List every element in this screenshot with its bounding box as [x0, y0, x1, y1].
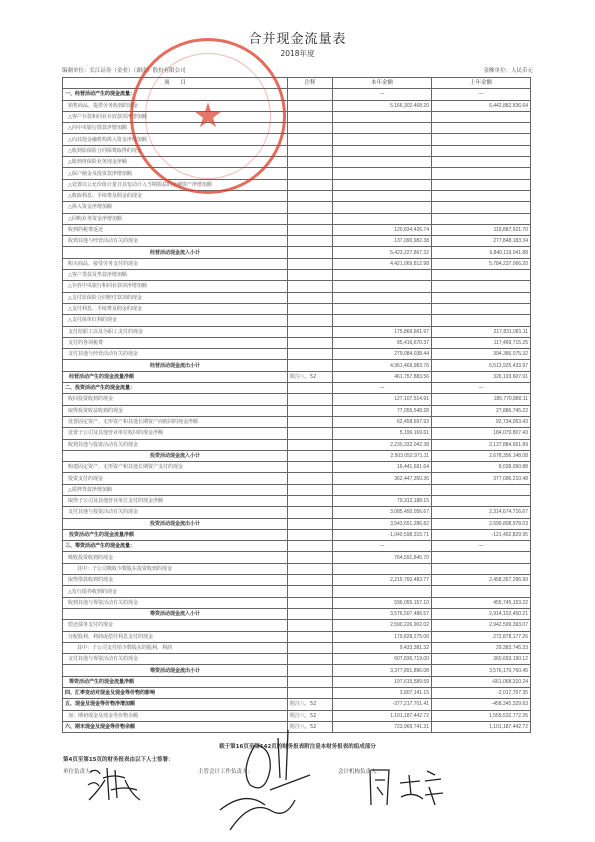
row-note — [288, 292, 333, 303]
row-current-year-amount — [333, 157, 432, 168]
table-row: 吸收投资收到的现金764,591,845.70 — [63, 552, 531, 563]
row-current-year-amount: 179,828,275.06 — [333, 631, 432, 642]
row-note — [288, 258, 333, 269]
row-prior-year-amount — [432, 563, 531, 574]
table-row: △拆入资金净增加额 — [63, 202, 531, 213]
row-prior-year-amount: 184,079,807.43 — [432, 428, 531, 439]
row-note — [288, 541, 333, 552]
row-current-year-amount — [333, 270, 432, 281]
row-note: 附注八、52 — [288, 699, 333, 710]
row-prior-year-amount: 6,442,882,836.64 — [432, 100, 531, 111]
row-current-year-amount: 4,961,469,983.76 — [333, 360, 432, 371]
row-current-year-amount: 5,199,169.61 — [333, 428, 432, 439]
table-row: 投资活动现金流入小计2,503,052,971.112,678,356,148.… — [63, 450, 531, 461]
row-current-year-amount — [333, 563, 432, 574]
row-prior-year-amount: 2,699,808,978.03 — [432, 518, 531, 529]
row-note — [288, 552, 333, 563]
row-prior-year-amount — [432, 145, 531, 156]
row-prior-year-amount — [432, 495, 531, 506]
row-current-year-amount: 79,312,188.15 — [333, 495, 432, 506]
row-note — [288, 168, 333, 179]
row-note — [288, 89, 333, 100]
row-current-year-amount — [333, 190, 432, 201]
row-current-year-amount: 3,377,891,896.08 — [333, 665, 432, 676]
row-prior-year-amount: 1,101,187,442.72 — [432, 721, 531, 732]
row-note — [288, 202, 333, 213]
row-current-year-amount: 3,085,450,056.67 — [333, 507, 432, 518]
signatory-legal-rep-label: 单位负责人： — [63, 767, 96, 775]
row-item-label: 其中：子公司支付给少数股东的股利、利润 — [63, 642, 288, 653]
row-prior-year-amount — [432, 303, 531, 314]
row-note: 附注八、52 — [288, 721, 333, 732]
table-row: 收到的税费返还120,834,426.74119,887,921.70 — [63, 224, 531, 235]
row-prior-year-amount — [432, 552, 531, 563]
row-item-label: △发行债券收到的现金 — [63, 586, 288, 597]
row-note — [288, 326, 333, 337]
row-prior-year-amount: 6,840,119,041.88 — [432, 247, 531, 258]
row-current-year-amount — [333, 292, 432, 303]
row-item-label: 支付其他与筹资活动有关的现金 — [63, 654, 288, 665]
table-row: 处置子公司及其他营业单位收回的现金净额5,199,169.61184,079,8… — [63, 428, 531, 439]
row-current-year-amount — [333, 484, 432, 495]
row-item-label: 处置固定资产、无形资产和其他长期资产而收回的现金净额 — [63, 416, 288, 427]
row-current-year-amount — [333, 315, 432, 326]
table-row: 一、经营活动产生的现金流量：—— — [63, 89, 531, 100]
table-row: △收到再保险业务现金净额 — [63, 157, 531, 168]
table-row: △支付原保险合同赔付款项的现金 — [63, 292, 531, 303]
row-item-label: 投资支付的现金 — [63, 473, 288, 484]
row-item-label: 经营活动现金流入小计 — [63, 247, 288, 258]
row-item-label: 四、汇率变动对现金及现金等价物的影响 — [63, 688, 288, 699]
row-item-label: 取得投资收益收到的现金 — [63, 405, 288, 416]
table-row: 二、投资活动产生的现金流量：—— — [63, 383, 531, 394]
currency-unit: 金额单位：人民币元 — [483, 66, 533, 74]
row-item-label: 其中：子公司吸收少数股东投资收到的现金 — [63, 563, 288, 574]
row-note — [288, 676, 333, 687]
row-item-label: 五、现金及现金等价物净增加额 — [63, 699, 288, 710]
table-row: 销售商品、提供劳务收到的现金5,166,302,468.206,442,882,… — [63, 100, 531, 111]
row-item-label: 处置子公司及其他营业单位收回的现金净额 — [63, 428, 288, 439]
row-item-label: △质押贷款净增加额 — [63, 484, 288, 495]
row-note — [288, 495, 333, 506]
table-row: 其中：子公司支付给少数股东的股利、利润9,433,381.3229,383,74… — [63, 642, 531, 653]
row-item-label: 支付的各项税费 — [63, 337, 288, 348]
row-prior-year-amount: 1,559,532,772.35 — [432, 710, 531, 721]
row-note — [288, 428, 333, 439]
row-prior-year-amount: — — [432, 89, 531, 100]
row-note — [288, 439, 333, 450]
row-prior-year-amount — [432, 292, 531, 303]
row-prior-year-amount — [432, 586, 531, 597]
table-row: 取得借款收到的现金2,215,760,483.772,458,357,296.9… — [63, 575, 531, 586]
row-prior-year-amount — [432, 315, 531, 326]
row-current-year-amount: 120,834,426.74 — [333, 224, 432, 235]
row-current-year-amount — [333, 303, 432, 314]
row-prior-year-amount: -458,345,329.63 — [432, 699, 531, 710]
row-note — [288, 190, 333, 201]
row-current-year-amount: — — [333, 541, 432, 552]
row-item-label: 投资活动现金流出小计 — [63, 518, 288, 529]
row-item-label: 六、期末现金及现金等价物余额 — [63, 721, 288, 732]
row-item-label: 筹资活动现金流入小计 — [63, 608, 288, 619]
row-current-year-amount: 175,869,661.97 — [333, 326, 432, 337]
row-note — [288, 597, 333, 608]
row-item-label: 收到其他与筹资活动有关的现金 — [63, 597, 288, 608]
row-note — [288, 688, 333, 699]
header-note: 注释 — [288, 78, 333, 89]
row-current-year-amount: 197,615,589.59 — [333, 676, 432, 687]
table-row: 偿还债务支付的现金2,590,226,902.022,942,599,393.0… — [63, 620, 531, 631]
notes-footnote: 载于第16页至第142页的财务报表附注是本财务报表的组成部分 — [0, 742, 595, 750]
row-prior-year-amount: 272,878,177.26 — [432, 631, 531, 642]
row-note: 附注八、52 — [288, 371, 333, 382]
row-item-label: 经营活动产生的现金流量净额 — [63, 371, 288, 382]
table-row: 经营活动现金流出小计4,961,469,983.766,513,925,433.… — [63, 360, 531, 371]
table-row: 四、汇率变动对现金及现金等价物的影响3,807,141.15-2,017,707… — [63, 688, 531, 699]
row-item-label: △向其他金融机构拆入资金净增加额 — [63, 134, 288, 145]
header-prior-year: 上年金额 — [432, 78, 531, 89]
row-prior-year-amount — [432, 202, 531, 213]
row-current-year-amount: — — [333, 383, 432, 394]
row-prior-year-amount — [432, 213, 531, 224]
row-note — [288, 405, 333, 416]
row-item-label: △拆入资金净增加额 — [63, 202, 288, 213]
row-prior-year-amount: -2,017,707.35 — [432, 688, 531, 699]
row-item-label: △支付保单红利的现金 — [63, 315, 288, 326]
table-row: △保户储金及投资款净增加额 — [63, 168, 531, 179]
table-row: △向中央银行借款净增加额 — [63, 123, 531, 134]
row-item-label: 吸收投资收到的现金 — [63, 552, 288, 563]
row-current-year-amount — [333, 179, 432, 190]
table-row: 支付给职工以及为职工支付的现金175,869,661.97217,831,081… — [63, 326, 531, 337]
row-note — [288, 529, 333, 540]
row-prior-year-amount — [432, 111, 531, 122]
table-row: 取得子公司及其他营业单位支付的现金净额79,312,188.15 — [63, 495, 531, 506]
row-current-year-amount: 607,836,719.00 — [333, 654, 432, 665]
row-note — [288, 179, 333, 190]
row-prior-year-amount: 394,386,075.32 — [432, 349, 531, 360]
row-current-year-amount — [333, 202, 432, 213]
row-note — [288, 360, 333, 371]
row-item-label: 二、投资活动产生的现金流量： — [63, 383, 288, 394]
table-row: 加：期初现金及现金等价物余额附注八、521,101,187,442.721,55… — [63, 710, 531, 721]
table-row: 支付其他与投资活动有关的现金3,085,450,056.672,314,674,… — [63, 507, 531, 518]
row-prior-year-amount: 2,458,357,296.99 — [432, 575, 531, 586]
row-current-year-amount: 16,441,691.64 — [333, 462, 432, 473]
row-note — [288, 484, 333, 495]
row-note — [288, 236, 333, 247]
table-row: 投资支付的现金362,447,350.36377,096,210.48 — [63, 473, 531, 484]
table-row: 支付的各项税费85,416,670.37117,469,715.25 — [63, 337, 531, 348]
table-row: 处置固定资产、无形资产和其他长期资产而收回的现金净额62,458,697.939… — [63, 416, 531, 427]
row-current-year-amount: 137,090,982.38 — [333, 236, 432, 247]
table-row: △发行债券收到的现金 — [63, 586, 531, 597]
row-item-label: 一、经营活动产生的现金流量： — [63, 89, 288, 100]
row-item-label: 购建固定资产、无形资产和其他长期资产支付的现金 — [63, 462, 288, 473]
row-current-year-amount: 723,969,741.31 — [333, 721, 432, 732]
row-item-label: 加：期初现金及现金等价物余额 — [63, 710, 288, 721]
row-prior-year-amount: 360,693,190.12 — [432, 654, 531, 665]
row-note — [288, 270, 333, 281]
table-row: 收到其他与筹资活动有关的现金596,055,157.10455,745,153.… — [63, 597, 531, 608]
table-row: 五、现金及现金等价物净增加额附注八、52-377,217,701.41-458,… — [63, 699, 531, 710]
row-current-year-amount: — — [333, 89, 432, 100]
row-current-year-amount: 461,757,883.56 — [333, 371, 432, 382]
table-header-row: 项 目 注释 本年金额 上年金额 — [63, 78, 531, 89]
row-note — [288, 111, 333, 122]
row-current-year-amount: 85,416,670.37 — [333, 337, 432, 348]
row-prior-year-amount: 326,193,607.91 — [432, 371, 531, 382]
row-current-year-amount: -1,040,598,315.71 — [333, 529, 432, 540]
row-item-label: 销售商品、提供劳务收到的现金 — [63, 100, 288, 111]
row-prior-year-amount: 2,314,674,716.67 — [432, 507, 531, 518]
table-row: △支付保单红利的现金 — [63, 315, 531, 326]
row-current-year-amount: 362,447,350.36 — [333, 473, 432, 484]
table-row: 收到其他与投资活动有关的现金2,230,332,042.382,137,884,… — [63, 439, 531, 450]
row-prior-year-amount: 8,038,050.88 — [432, 462, 531, 473]
row-item-label: △处置以公允价值计量且其变动计入当期损益的金融资产净增加额 — [63, 179, 288, 190]
row-current-year-amount — [333, 168, 432, 179]
row-note — [288, 450, 333, 461]
row-current-year-amount — [333, 134, 432, 145]
row-prior-year-amount: 2,914,102,450.21 — [432, 608, 531, 619]
row-item-label: △支付原保险合同赔付款项的现金 — [63, 292, 288, 303]
row-prior-year-amount: 2,942,599,393.07 — [432, 620, 531, 631]
row-note — [288, 247, 333, 258]
row-note — [288, 620, 333, 631]
table-row: 购建固定资产、无形资产和其他长期资产支付的现金16,441,691.648,03… — [63, 462, 531, 473]
row-item-label: △收取利息、手续费及佣金的现金 — [63, 190, 288, 201]
row-prior-year-amount — [432, 484, 531, 495]
header-current-year: 本年金额 — [333, 78, 432, 89]
table-row: △处置以公允价值计量且其变动计入当期损益的金融资产净增加额 — [63, 179, 531, 190]
row-prior-year-amount — [432, 134, 531, 145]
table-row: △质押贷款净增加额 — [63, 484, 531, 495]
row-prior-year-amount — [432, 179, 531, 190]
row-note — [288, 416, 333, 427]
row-note — [288, 213, 333, 224]
row-item-label: △向中央银行借款净增加额 — [63, 123, 288, 134]
row-prior-year-amount: 6,513,925,433.97 — [432, 360, 531, 371]
table-row: △存放中央银行和同业款项净增加额 — [63, 281, 531, 292]
row-item-label: 三、筹资活动产生的现金流量： — [63, 541, 288, 552]
row-current-year-amount: 3,576,507,486.57 — [333, 608, 432, 619]
row-note — [288, 563, 333, 574]
table-row: 三、筹资活动产生的现金流量：—— — [63, 541, 531, 552]
row-prior-year-amount: 117,469,715.25 — [432, 337, 531, 348]
row-note — [288, 642, 333, 653]
table-row: 筹资活动现金流入小计3,576,507,486.572,914,102,450.… — [63, 608, 531, 619]
row-note: 附注八、52 — [288, 710, 333, 721]
header-item: 项 目 — [63, 78, 288, 89]
row-prior-year-amount: 29,383,745.33 — [432, 642, 531, 653]
row-current-year-amount: 5,423,227,867.32 — [333, 247, 432, 258]
table-row: 购买商品、接受劳务支付的现金4,421,069,812.985,784,237,… — [63, 258, 531, 269]
row-note — [288, 303, 333, 314]
row-item-label: △存放中央银行和同业款项净增加额 — [63, 281, 288, 292]
preparing-entity: 编制单位：长江证券（金业）（湖南）股份有限公司 — [62, 66, 186, 74]
row-item-label: △收到再保险业务现金净额 — [63, 157, 288, 168]
row-current-year-amount — [333, 586, 432, 597]
table-row: 经营活动产生的现金流量净额附注八、52461,757,883.56326,193… — [63, 371, 531, 382]
row-prior-year-amount: 455,745,153.22 — [432, 597, 531, 608]
cash-flow-table: 项 目 注释 本年金额 上年金额 一、经营活动产生的现金流量：——销售商品、提供… — [62, 77, 531, 733]
row-prior-year-amount: 3,576,170,760.45 — [432, 665, 531, 676]
row-item-label: △客户贷款及垫款净增加额 — [63, 270, 288, 281]
row-current-year-amount — [333, 213, 432, 224]
row-prior-year-amount: 2,678,356,148.08 — [432, 450, 531, 461]
row-current-year-amount: 2,230,332,042.38 — [333, 439, 432, 450]
table-row: △客户贷款及垫款净增加额 — [63, 270, 531, 281]
row-item-label: 偿还债务支付的现金 — [63, 620, 288, 631]
row-prior-year-amount: 277,848,183.34 — [432, 236, 531, 247]
row-current-year-amount: 62,458,697.93 — [333, 416, 432, 427]
table-row: △支付利息、手续费及佣金的现金 — [63, 303, 531, 314]
row-item-label: 收到的税费返还 — [63, 224, 288, 235]
row-item-label: △支付利息、手续费及佣金的现金 — [63, 303, 288, 314]
row-note — [288, 134, 333, 145]
row-current-year-amount: 5,166,302,468.20 — [333, 100, 432, 111]
row-prior-year-amount: — — [432, 541, 531, 552]
row-item-label: 支付其他与经营活动有关的现金 — [63, 349, 288, 360]
row-item-label: 分配股利、利润或偿付利息支付的现金 — [63, 631, 288, 642]
table-row: △收取利息、手续费及佣金的现金 — [63, 190, 531, 201]
row-note — [288, 518, 333, 529]
table-row: △客户存款和同业存放款项净增加额 — [63, 111, 531, 122]
row-current-year-amount: 9,433,381.32 — [333, 642, 432, 653]
row-item-label: 筹资活动产生的现金流量净额 — [63, 676, 288, 687]
row-current-year-amount: 2,215,760,483.77 — [333, 575, 432, 586]
row-current-year-amount — [333, 123, 432, 134]
row-note — [288, 349, 333, 360]
row-item-label: 支付给职工以及为职工支付的现金 — [63, 326, 288, 337]
table-row: 其中：子公司吸收少数股东投资收到的现金 — [63, 563, 531, 574]
row-prior-year-amount: 5,784,237,066.20 — [432, 258, 531, 269]
table-row: 分配股利、利润或偿付利息支付的现金179,828,275.06272,878,1… — [63, 631, 531, 642]
row-prior-year-amount — [432, 190, 531, 201]
row-item-label: 收到其他与投资活动有关的现金 — [63, 439, 288, 450]
row-current-year-amount: 596,055,157.10 — [333, 597, 432, 608]
row-note — [288, 608, 333, 619]
row-prior-year-amount: 377,096,210.48 — [432, 473, 531, 484]
table-row: 六、期末现金及现金等价物余额附注八、52723,969,741.311,101,… — [63, 721, 531, 732]
row-current-year-amount: 3,543,651,286.82 — [333, 518, 432, 529]
signatory-accounting-head-label: 会计机构负责人： — [338, 767, 382, 775]
row-prior-year-amount: -121,452,829.95 — [432, 529, 531, 540]
table-body: 一、经营活动产生的现金流量：——销售商品、提供劳务收到的现金5,166,302,… — [63, 89, 531, 733]
table-row: △回购业务资金净增加额 — [63, 213, 531, 224]
row-current-year-amount: 127,107,514.91 — [333, 394, 432, 405]
row-current-year-amount: 1,101,187,442.72 — [333, 710, 432, 721]
row-note — [288, 123, 333, 134]
table-row: 收到其他与经营活动有关的现金137,090,982.38277,848,183.… — [63, 236, 531, 247]
row-note — [288, 575, 333, 586]
row-item-label: 取得借款收到的现金 — [63, 575, 288, 586]
row-note — [288, 507, 333, 518]
row-prior-year-amount — [432, 123, 531, 134]
row-item-label: △回购业务资金净增加额 — [63, 213, 288, 224]
row-prior-year-amount: 92,734,053.43 — [432, 416, 531, 427]
row-note — [288, 281, 333, 292]
row-current-year-amount — [333, 281, 432, 292]
row-current-year-amount — [333, 111, 432, 122]
table-row: 经营活动现金流入小计5,423,227,867.326,840,119,041.… — [63, 247, 531, 258]
table-row: 取得投资收益收到的现金77,055,548.2827,886,745.22 — [63, 405, 531, 416]
row-note — [288, 224, 333, 235]
row-prior-year-amount: 185,770,880.11 — [432, 394, 531, 405]
row-note — [288, 383, 333, 394]
row-current-year-amount: 4,421,069,812.98 — [333, 258, 432, 269]
table-row: 筹资活动现金流出小计3,377,891,896.083,576,170,760.… — [63, 665, 531, 676]
row-note — [288, 654, 333, 665]
row-current-year-amount — [333, 145, 432, 156]
row-item-label: 经营活动现金流出小计 — [63, 360, 288, 371]
table-row: 收回投资收到的现金127,107,514.91185,770,880.11 — [63, 394, 531, 405]
row-prior-year-amount: — — [432, 383, 531, 394]
row-item-label: 支付其他与投资活动有关的现金 — [63, 507, 288, 518]
row-item-label: △收到原保险合同保费取得的现金 — [63, 145, 288, 156]
row-item-label: △保户储金及投资款净增加额 — [63, 168, 288, 179]
table-row: 支付其他与经营活动有关的现金279,084,038.44394,386,075.… — [63, 349, 531, 360]
table-row: 投资活动产生的现金流量净额-1,040,598,315.71-121,452,8… — [63, 529, 531, 540]
row-note — [288, 462, 333, 473]
row-prior-year-amount: 2,137,884,661.89 — [432, 439, 531, 450]
row-current-year-amount: 3,807,141.15 — [333, 688, 432, 699]
row-item-label: 收到其他与经营活动有关的现金 — [63, 236, 288, 247]
table-row: 筹资活动产生的现金流量净额197,615,589.59-661,068,310.… — [63, 676, 531, 687]
row-current-year-amount: 77,055,548.28 — [333, 405, 432, 416]
row-note — [288, 394, 333, 405]
row-prior-year-amount: 27,886,745.22 — [432, 405, 531, 416]
row-note — [288, 145, 333, 156]
row-note — [288, 100, 333, 111]
row-item-label: 取得子公司及其他营业单位支付的现金净额 — [63, 495, 288, 506]
row-note — [288, 337, 333, 348]
row-note — [288, 473, 333, 484]
row-item-label: 收回投资收到的现金 — [63, 394, 288, 405]
row-note — [288, 665, 333, 676]
row-note — [288, 631, 333, 642]
row-item-label: 筹资活动现金流出小计 — [63, 665, 288, 676]
row-item-label: 购买商品、接受劳务支付的现金 — [63, 258, 288, 269]
row-note — [288, 315, 333, 326]
row-prior-year-amount — [432, 281, 531, 292]
row-note — [288, 157, 333, 168]
table-row: 支付其他与筹资活动有关的现金607,836,719.00360,693,190.… — [63, 654, 531, 665]
table-row: △向其他金融机构拆入资金净增加额 — [63, 134, 531, 145]
row-current-year-amount: -377,217,701.41 — [333, 699, 432, 710]
row-note — [288, 586, 333, 597]
row-prior-year-amount: 119,887,921.70 — [432, 224, 531, 235]
row-current-year-amount: 2,503,052,971.11 — [333, 450, 432, 461]
document-title: 合并现金流量表 — [0, 28, 595, 47]
row-prior-year-amount — [432, 168, 531, 179]
row-item-label: 投资活动产生的现金流量净额 — [63, 529, 288, 540]
reporting-period: 2018年度 — [0, 48, 595, 59]
row-prior-year-amount: 217,831,081.11 — [432, 326, 531, 337]
signatory-chief-accountant-label: 主管会计工作负责人： — [198, 767, 253, 775]
row-item-label: △客户存款和同业存放款项净增加额 — [63, 111, 288, 122]
row-prior-year-amount: -661,068,310.24 — [432, 676, 531, 687]
row-prior-year-amount — [432, 157, 531, 168]
signed-by-note: 第4页至第15页的财务报表由以下人士签署： — [63, 755, 173, 763]
row-current-year-amount: 2,590,226,902.02 — [333, 620, 432, 631]
row-prior-year-amount — [432, 270, 531, 281]
row-current-year-amount: 279,084,038.44 — [333, 349, 432, 360]
row-item-label: 投资活动现金流入小计 — [63, 450, 288, 461]
table-row: △收到原保险合同保费取得的现金 — [63, 145, 531, 156]
table-row: 投资活动现金流出小计3,543,651,286.822,699,808,978.… — [63, 518, 531, 529]
